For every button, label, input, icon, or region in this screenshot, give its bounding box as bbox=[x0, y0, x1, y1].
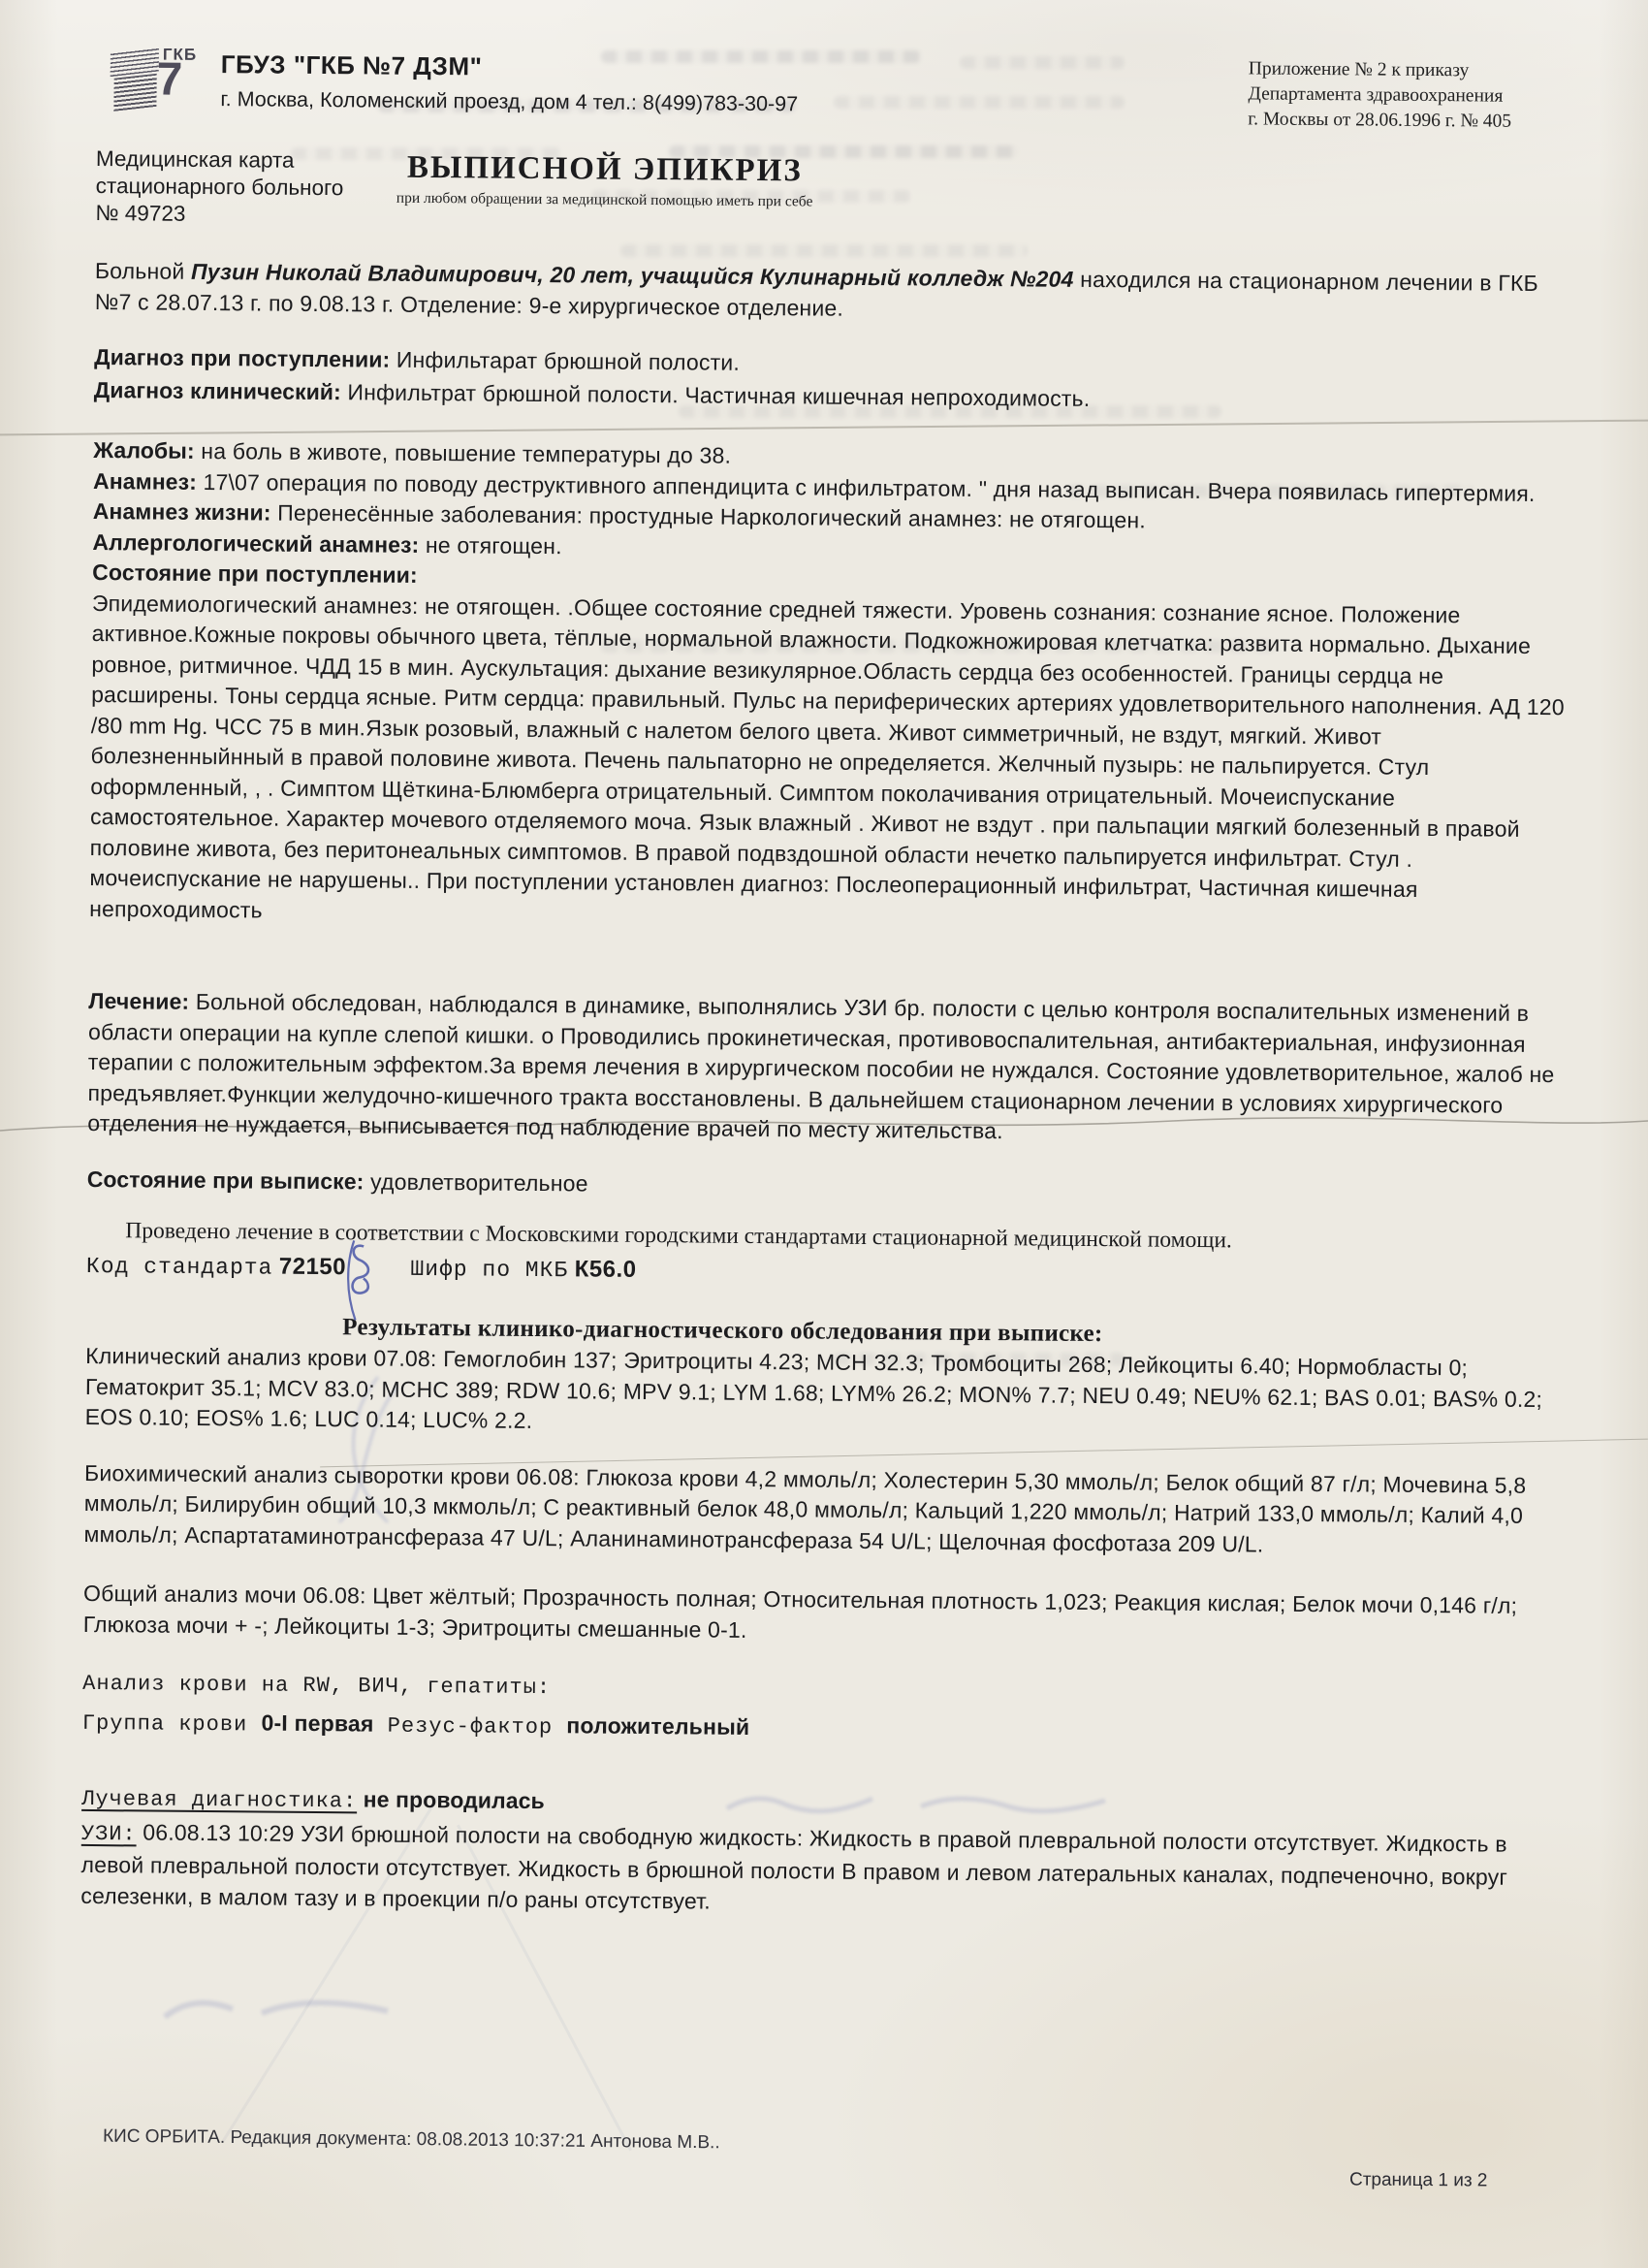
title-block: ВЫПИСНОЙ ЭПИКРИЗ при любом обращении за … bbox=[333, 147, 876, 234]
annex-line: Департамента здравоохранения bbox=[1248, 81, 1573, 110]
mkb-label: Шифр по МКБ bbox=[410, 1257, 568, 1283]
blood-group-label: Группа крови bbox=[82, 1711, 248, 1737]
logo-stripes-icon bbox=[111, 48, 159, 77]
hospital-logo: ГКБ 7 bbox=[110, 43, 200, 123]
footer-page-number: Страница 1 из 2 bbox=[1349, 2170, 1488, 2192]
diagnosis-section: Диагноз при поступлении: Инфильтарат брю… bbox=[94, 340, 1572, 419]
logo-stripes-icon bbox=[113, 74, 156, 112]
document-content: ГКБ 7 ГБУЗ "ГКБ №7 ДЗМ" г. Москва, Колом… bbox=[80, 43, 1574, 1924]
urine-paragraph: Общий анализ мочи 06.08: Цвет жёлтый; Пр… bbox=[83, 1579, 1561, 1652]
diagnosis-clinical-label: Диагноз клинический: bbox=[94, 377, 341, 404]
treatment-label: Лечение: bbox=[88, 988, 189, 1014]
radiology-label: Лучевая диагностика: bbox=[81, 1787, 357, 1813]
complaints-label: Жалобы: bbox=[93, 437, 195, 463]
status-discharge-label: Состояние при выписке: bbox=[87, 1166, 364, 1193]
logo-number-7: 7 bbox=[156, 57, 182, 104]
status-discharge-text: удовлетворительное bbox=[364, 1168, 587, 1196]
treatment-text: Больной обследован, наблюдался в динамик… bbox=[87, 989, 1554, 1143]
treatment-paragraph: Лечение: Больной обследован, наблюдался … bbox=[87, 986, 1566, 1152]
footer-system-info: КИС ОРБИТА. Редакция документа: 08.08.20… bbox=[103, 2126, 720, 2155]
mkb-value: К56.0 bbox=[575, 1256, 637, 1283]
organization-name: ГБУЗ "ГКБ №7 ДЗМ" bbox=[221, 49, 799, 84]
patient-prefix: Больной bbox=[95, 258, 191, 284]
radiology-text: не проводилась bbox=[357, 1786, 545, 1813]
anamnesis-life-text: Перенесённые заболевания: простудные Нар… bbox=[270, 500, 1146, 533]
diagnosis-admission-label: Диагноз при поступлении: bbox=[94, 344, 390, 372]
annex-reference: Приложение № 2 к приказу Департамента зд… bbox=[1248, 52, 1574, 135]
rh-label: Резус-фактор bbox=[388, 1714, 554, 1740]
organization-block: ГБУЗ "ГКБ №7 ДЗМ" г. Москва, Коломенский… bbox=[220, 44, 798, 116]
annex-line: Приложение № 2 к приказу bbox=[1249, 56, 1574, 84]
standard-code-line: Код стандарта 72150 Шифр по МКБ К56.0 bbox=[86, 1252, 1564, 1292]
standard-code-label: Код стандарта bbox=[86, 1254, 273, 1281]
cbc-paragraph: Клинический анализ крови 07.08: Гемоглоб… bbox=[84, 1341, 1563, 1446]
ink-smudge bbox=[155, 1978, 407, 2036]
blood-group-line: Группа крови 0-I первая Резус-фактор пол… bbox=[82, 1706, 1560, 1752]
serology-line: Анализ крови на RW, ВИЧ, гепатиты: bbox=[82, 1669, 1560, 1712]
uzi-label: УЗИ: bbox=[81, 1822, 137, 1846]
diagnosis-admission-text: Инфильтарат брюшной полости. bbox=[390, 347, 740, 375]
status-admission-label: Состояние при поступлении: bbox=[92, 559, 418, 588]
standard-code-value: 72150 bbox=[279, 1254, 346, 1281]
status-admission-text: Эпидемиологический анамнез: не отягощен.… bbox=[89, 588, 1569, 937]
title-row: Медицинская карта стационарного больного… bbox=[95, 145, 1573, 240]
anamnesis-life-label: Анамнез жизни: bbox=[93, 498, 271, 526]
blood-group-value: 0-I первая bbox=[261, 1710, 373, 1737]
rh-value: положительный bbox=[566, 1712, 749, 1740]
annex-line: г. Москвы от 28.06.1996 г. № 405 bbox=[1248, 107, 1573, 135]
scanned-discharge-summary-page: ГКБ 7 ГБУЗ "ГКБ №7 ДЗМ" г. Москва, Колом… bbox=[0, 0, 1648, 2268]
complaints-text: на боль в животе, повышение температуры … bbox=[195, 438, 732, 468]
organization-address: г. Москва, Коломенский проезд, дом 4 тел… bbox=[220, 87, 798, 116]
allergy-label: Аллергологический анамнез: bbox=[92, 528, 419, 557]
allergy-text: не отягощен. bbox=[419, 531, 562, 558]
status-discharge-line: Состояние при выписке: удовлетворительно… bbox=[87, 1164, 1565, 1207]
patient-name: Пузин Николай Владимирович, 20 лет, учащ… bbox=[191, 259, 1074, 292]
biochem-paragraph: Биохимический анализ сыворотки крови 06.… bbox=[83, 1457, 1562, 1562]
patient-summary: Больной Пузин Николай Владимирович, 20 л… bbox=[95, 256, 1572, 330]
diagnosis-clinical-text: Инфильтрат брюшной полости. Частичная ки… bbox=[341, 379, 1091, 411]
handwritten-mark bbox=[339, 1238, 383, 1327]
document-header: ГКБ 7 ГБУЗ "ГКБ №7 ДЗМ" г. Москва, Колом… bbox=[96, 43, 1574, 135]
standard-intro: Проведено лечение в соответствии с Моско… bbox=[86, 1218, 1564, 1257]
page-title: ВЫПИСНОЙ ЭПИКРИЗ bbox=[333, 149, 876, 190]
uzi-paragraph: УЗИ: 06.08.13 10:29 УЗИ брюшной полости … bbox=[80, 1817, 1559, 1924]
anamnesis-label: Анамнез: bbox=[93, 467, 197, 494]
page-subtitle: при любом обращении за медицинской помощ… bbox=[333, 189, 876, 211]
uzi-text: 06.08.13 10:29 УЗИ брюшной полости на св… bbox=[80, 1819, 1507, 1913]
